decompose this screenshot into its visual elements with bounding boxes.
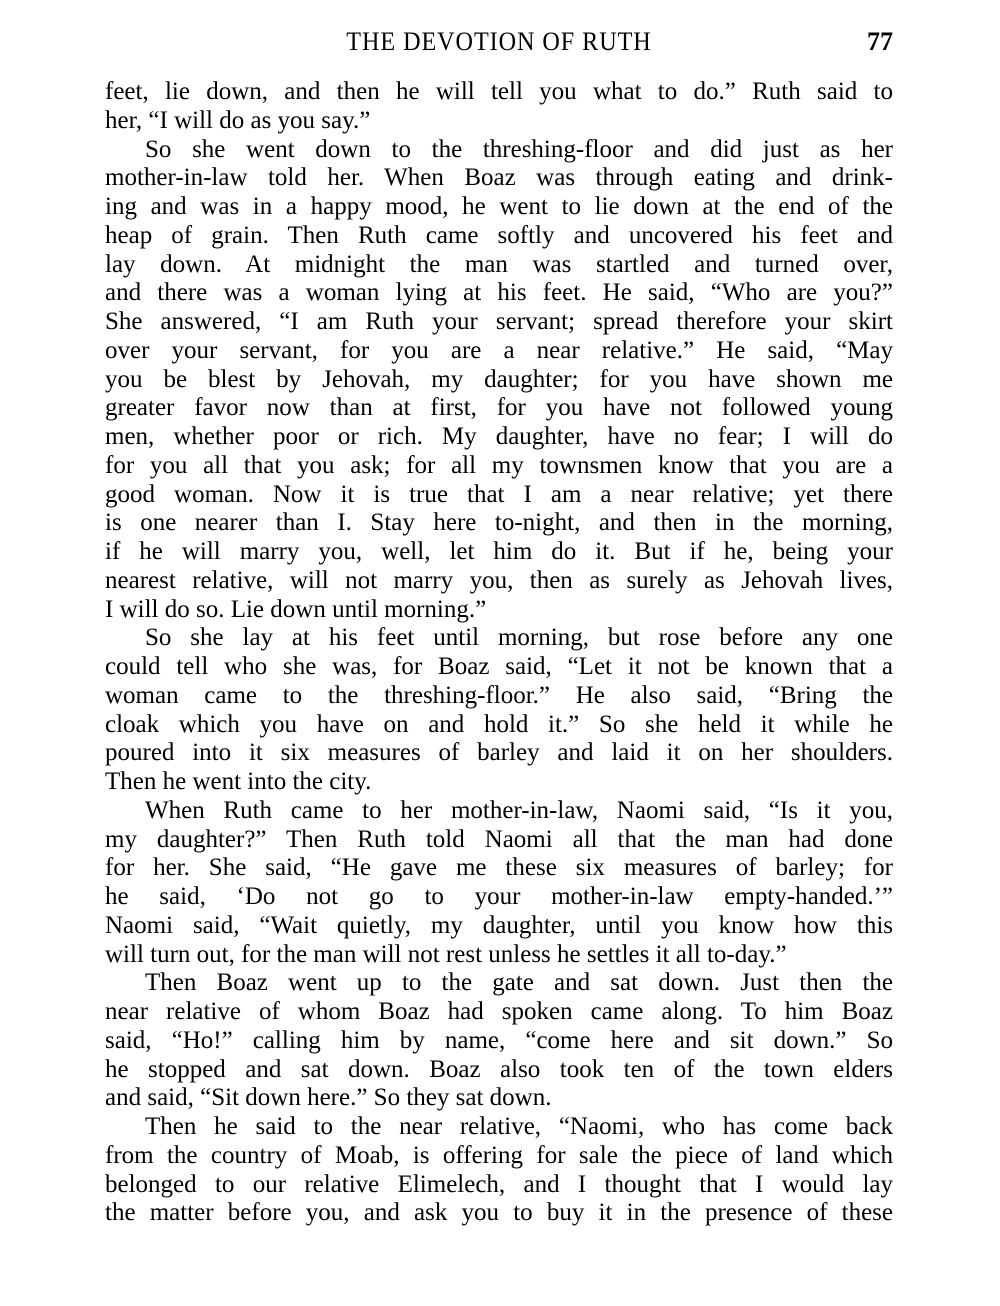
text-line-content: belonged to our relative Elimelech, and … xyxy=(105,1171,893,1200)
text-line: and said, “Sit down here.” So they sat d… xyxy=(105,1084,893,1113)
text-line: men, whether poor or rich. My daughter, … xyxy=(105,423,893,452)
text-line: mother-in-law told her. When Boaz was th… xyxy=(105,164,893,193)
text-line-content: my daughter?” Then Ruth told Naomi all t… xyxy=(105,826,893,855)
text-line-content: the matter before you, and ask you to bu… xyxy=(105,1199,893,1228)
text-line: over your servant, for you are a near re… xyxy=(105,337,893,366)
text-line: good woman. Now it is true that I am a n… xyxy=(105,481,893,510)
paragraph: feet, lie down, and then he will tell yo… xyxy=(105,78,893,136)
paragraph: When Ruth came to her mother-in-law, Nao… xyxy=(105,797,893,970)
paragraph: Then he said to the near relative, “Naom… xyxy=(105,1113,893,1228)
text-line: When Ruth came to her mother-in-law, Nao… xyxy=(105,797,893,826)
text-line-content: you be blest by Jehovah, my daughter; fo… xyxy=(105,366,893,395)
text-line: Then Boaz went up to the gate and sat do… xyxy=(105,969,893,998)
text-line-content: I will do so. Lie down until morning.” xyxy=(105,596,893,625)
text-line: feet, lie down, and then he will tell yo… xyxy=(105,78,893,107)
paragraph: So she lay at his feet until morning, bu… xyxy=(105,624,893,797)
text-line-content: When Ruth came to her mother-in-law, Nao… xyxy=(145,797,893,826)
text-line: belonged to our relative Elimelech, and … xyxy=(105,1171,893,1200)
text-line-content: over your servant, for you are a near re… xyxy=(105,337,893,366)
text-line-content: said, “Ho!” calling him by name, “come h… xyxy=(105,1027,893,1056)
text-line-content: Then he said to the near relative, “Naom… xyxy=(145,1113,893,1142)
text-line-content: will turn out, for the man will not rest… xyxy=(105,941,893,970)
text-line-content: lay down. At midnight the man was startl… xyxy=(105,251,893,280)
text-line-content: he said, ‘Do not go to your mother-in-la… xyxy=(105,883,893,912)
text-line: if he will marry you, well, let him do i… xyxy=(105,538,893,567)
text-line-content: So she went down to the threshing-floor … xyxy=(145,136,893,165)
text-line-content: for you all that you ask; for all my tow… xyxy=(105,452,893,481)
text-line: cloak which you have on and hold it.” So… xyxy=(105,711,893,740)
page-number: 77 xyxy=(867,24,893,60)
text-line-content: and said, “Sit down here.” So they sat d… xyxy=(105,1084,893,1113)
text-line: is one nearer than I. Stay here to-night… xyxy=(105,509,893,538)
text-line: Then he said to the near relative, “Naom… xyxy=(105,1113,893,1142)
text-line-content: is one nearer than I. Stay here to-night… xyxy=(105,509,893,538)
text-line-content: Then he went into the city. xyxy=(105,768,893,797)
text-line: and there was a woman lying at his feet.… xyxy=(105,279,893,308)
text-line: Naomi said, “Wait quietly, my daughter, … xyxy=(105,912,893,941)
text-line: poured into it six measures of barley an… xyxy=(105,739,893,768)
text-line-content: ing and was in a happy mood, he went to … xyxy=(105,193,893,222)
text-line: you be blest by Jehovah, my daughter; fo… xyxy=(105,366,893,395)
text-line: So she lay at his feet until morning, bu… xyxy=(105,624,893,653)
text-line: I will do so. Lie down until morning.” xyxy=(105,596,893,625)
text-line-content: nearest relative, will not marry you, th… xyxy=(105,567,893,596)
text-line-content: good woman. Now it is true that I am a n… xyxy=(105,481,893,510)
paragraph: So she went down to the threshing-floor … xyxy=(105,136,893,625)
text-line-content: from the country of Moab, is offering fo… xyxy=(105,1142,893,1171)
text-line: Then he went into the city. xyxy=(105,768,893,797)
text-line-content: could tell who she was, for Boaz said, “… xyxy=(105,653,893,682)
text-line: greater favor now than at first, for you… xyxy=(105,394,893,423)
text-line-content: mother-in-law told her. When Boaz was th… xyxy=(105,164,893,193)
text-line-content: and there was a woman lying at his feet.… xyxy=(105,279,893,308)
text-line-content: he stopped and sat down. Boaz also took … xyxy=(105,1056,893,1085)
text-line-content: poured into it six measures of barley an… xyxy=(105,739,893,768)
text-line: her, “I will do as you say.” xyxy=(105,107,893,136)
text-line-content: cloak which you have on and hold it.” So… xyxy=(105,711,893,740)
text-line: So she went down to the threshing-floor … xyxy=(105,136,893,165)
text-line-content: heap of grain. Then Ruth came softly and… xyxy=(105,222,893,251)
body-text: feet, lie down, and then he will tell yo… xyxy=(105,78,893,1228)
text-line: from the country of Moab, is offering fo… xyxy=(105,1142,893,1171)
text-line-content: She answered, “I am Ruth your servant; s… xyxy=(105,308,893,337)
text-line-content: greater favor now than at first, for you… xyxy=(105,394,893,423)
text-line: for her. She said, “He gave me these six… xyxy=(105,854,893,883)
text-line: for you all that you ask; for all my tow… xyxy=(105,452,893,481)
running-head: THE DEVOTION OF RUTH 77 xyxy=(105,24,893,60)
text-line: She answered, “I am Ruth your servant; s… xyxy=(105,308,893,337)
running-title: THE DEVOTION OF RUTH xyxy=(133,24,866,60)
text-line-content: men, whether poor or rich. My daughter, … xyxy=(105,423,893,452)
text-line-content: Naomi said, “Wait quietly, my daughter, … xyxy=(105,912,893,941)
text-line-content: her, “I will do as you say.” xyxy=(105,107,893,136)
text-line: he stopped and sat down. Boaz also took … xyxy=(105,1056,893,1085)
text-line: ing and was in a happy mood, he went to … xyxy=(105,193,893,222)
paragraph: Then Boaz went up to the gate and sat do… xyxy=(105,969,893,1113)
text-line: will turn out, for the man will not rest… xyxy=(105,941,893,970)
text-line: he said, ‘Do not go to your mother-in-la… xyxy=(105,883,893,912)
text-line-content: So she lay at his feet until morning, bu… xyxy=(145,624,893,653)
text-line-content: if he will marry you, well, let him do i… xyxy=(105,538,893,567)
text-line: could tell who she was, for Boaz said, “… xyxy=(105,653,893,682)
text-line-content: feet, lie down, and then he will tell yo… xyxy=(105,78,893,107)
text-line-content: for her. She said, “He gave me these six… xyxy=(105,854,893,883)
text-line-content: woman came to the threshing-floor.” He a… xyxy=(105,682,893,711)
text-line: woman came to the threshing-floor.” He a… xyxy=(105,682,893,711)
text-line: the matter before you, and ask you to bu… xyxy=(105,1199,893,1228)
text-line: near relative of whom Boaz had spoken ca… xyxy=(105,998,893,1027)
text-line: lay down. At midnight the man was startl… xyxy=(105,251,893,280)
text-line: heap of grain. Then Ruth came softly and… xyxy=(105,222,893,251)
text-line-content: near relative of whom Boaz had spoken ca… xyxy=(105,998,893,1027)
text-line: said, “Ho!” calling him by name, “come h… xyxy=(105,1027,893,1056)
text-line: nearest relative, will not marry you, th… xyxy=(105,567,893,596)
text-line-content: Then Boaz went up to the gate and sat do… xyxy=(145,969,893,998)
book-page: THE DEVOTION OF RUTH 77 feet, lie down, … xyxy=(0,0,1000,1306)
text-line: my daughter?” Then Ruth told Naomi all t… xyxy=(105,826,893,855)
